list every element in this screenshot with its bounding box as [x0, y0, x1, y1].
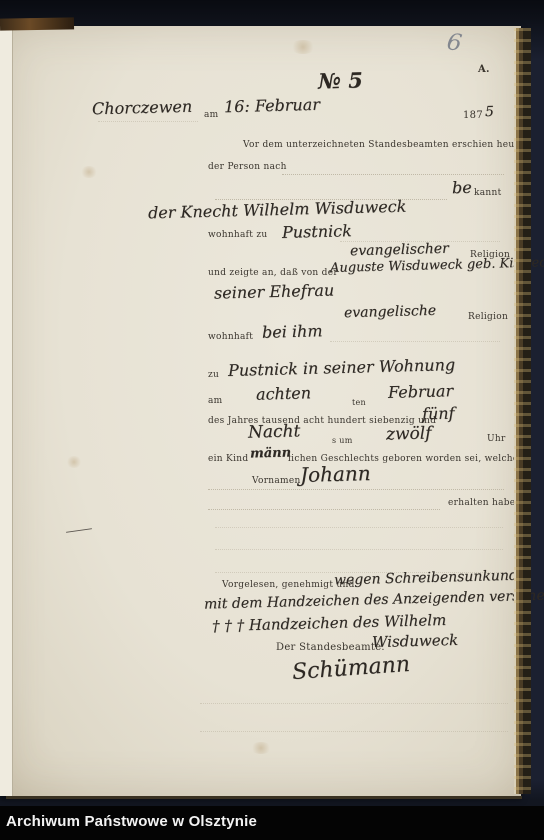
watermark-bar: Archiwum Państwowe w Olsztynie [0, 806, 544, 840]
vornamen-label: Vornamen [252, 476, 301, 486]
header-am-label: am [204, 110, 219, 120]
religion2-label: Religion [468, 312, 508, 322]
pencil-page-number: 6 [445, 29, 464, 57]
day-am-label: am [208, 396, 223, 406]
paper-stain [80, 166, 98, 178]
day-handwritten: achten [256, 383, 311, 403]
child-gender-handwritten: männ [250, 445, 291, 461]
child-printed1: ein Kind [208, 454, 248, 464]
paper-stain [250, 742, 272, 754]
form-intro-line2: der Person nach [208, 162, 287, 172]
header-place-handwritten: Chorczewen [92, 97, 193, 119]
uhr-label: Uhr [487, 434, 506, 444]
registrar-signature: Schümann [291, 652, 411, 685]
declarant-name-handwritten: der Knecht Wilhelm Wisduweck [148, 197, 407, 223]
yearline-handwritten: fünf [422, 404, 455, 424]
known-printed: kannt [474, 188, 502, 198]
header-date-handwritten: 16: Februar [224, 95, 320, 117]
birthplace-label: zu [208, 370, 219, 380]
known-handwritten: be [452, 178, 472, 198]
month-handwritten: Februar [388, 381, 454, 402]
mother-intro-printed: und zeigte an, daß von der [208, 268, 338, 278]
book-cover-corner [0, 17, 74, 30]
erhalten-label: erhalten habe [448, 498, 515, 508]
header-year-handwritten: 5 [485, 104, 494, 120]
daytime-handwritten: Nacht [248, 421, 301, 442]
birthplace-handwritten: Pustnick in seiner Wohnung [228, 355, 456, 380]
residence-handwritten: Pustnick [282, 221, 352, 242]
time-um-label: s um [332, 436, 353, 445]
archive-photo-background: 6 A. № 5 Chorczewen am 16: Februar 187 5… [0, 0, 544, 840]
archive-watermark-text: Archiwum Państwowe w Olsztynie [6, 813, 257, 830]
wohnhaft2-label: wohnhaft [208, 332, 253, 342]
wohnhaft2-handwritten: bei ihm [262, 321, 323, 342]
residence-label: wohnhaft zu [208, 230, 268, 240]
register-page: 6 A. № 5 Chorczewen am 16: Februar 187 5… [0, 26, 521, 796]
header-year-printed: 187 [463, 110, 483, 121]
book-page-block-edge [514, 28, 531, 794]
record-number: № 5 [318, 67, 363, 93]
firstname-handwritten: Johann [300, 461, 371, 487]
hour-handwritten: zwölf [386, 423, 432, 444]
closing-handwritten2: mit dem Handzeichen des Anzeigenden vers… [204, 587, 544, 612]
registrar-label: Der Standesbeamte. [276, 642, 385, 653]
page-fold-edge [0, 26, 13, 796]
paper-stain [290, 40, 316, 54]
pencil-dash [66, 528, 92, 533]
religion2-handwritten: evangelische [344, 303, 436, 321]
religion1-handwritten: evangelischer [350, 241, 449, 260]
day-ten-label: ten [352, 398, 366, 407]
section-letter: A. [478, 64, 490, 75]
wife-handwritten: seiner Ehefrau [214, 280, 335, 302]
book-bottom-edge [6, 796, 522, 799]
form-intro-line1: Vor dem unterzeichneten Standesbeamten e… [243, 140, 527, 150]
paper-stain [66, 456, 82, 468]
